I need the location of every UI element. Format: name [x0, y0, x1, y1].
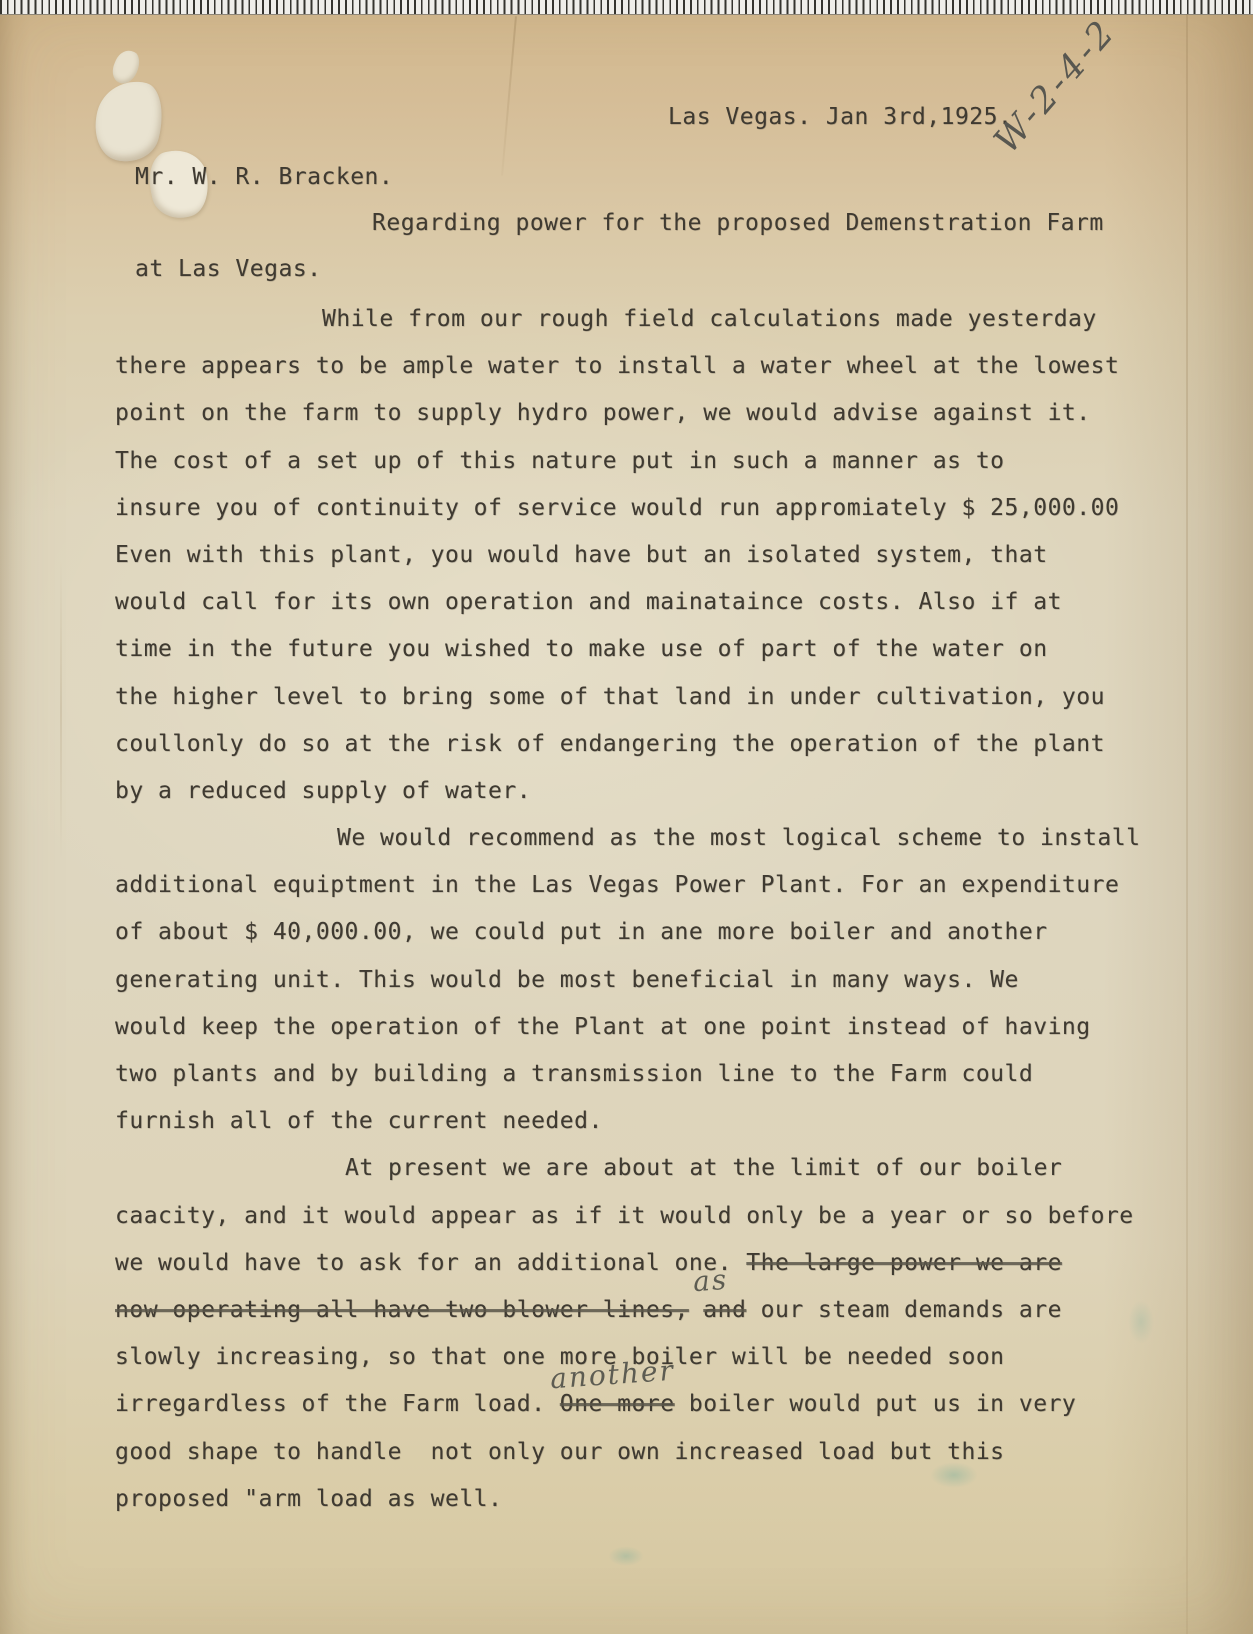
struck-out-text: The large power we are	[746, 1250, 1062, 1276]
typed-text: the higher level to bring some of that l…	[115, 684, 1105, 710]
typed-line: furnish all of the current needed.	[115, 1108, 1185, 1155]
typed-line: now operating all have two blower lines,…	[115, 1297, 1185, 1344]
struck-out-text: now operating all have two blower lines,	[115, 1297, 689, 1323]
ink-smudge	[608, 1546, 644, 1566]
typed-text: time in the future you wished to make us…	[115, 636, 1048, 662]
recipient-line: Mr. W. R. Bracken.	[135, 164, 393, 190]
typed-text: irregardless of the Farm load.	[115, 1391, 560, 1417]
typed-text: We would recommend as the most logical s…	[337, 825, 1140, 851]
typed-line: would keep the operation of the Plant at…	[115, 1014, 1185, 1061]
struck-out-text: One moreanother	[560, 1391, 675, 1417]
typed-line: caacity, and it would appear as if it wo…	[115, 1203, 1185, 1250]
typed-text: caacity, and it would appear as if it wo…	[115, 1203, 1134, 1229]
typed-line: coullonly do so at the risk of endangeri…	[115, 731, 1185, 778]
typed-line: The cost of a set up of this nature put …	[115, 448, 1185, 495]
typed-text: we would have to ask for an additional o…	[115, 1250, 746, 1276]
typed-text: two plants and by building a transmissio…	[115, 1061, 1033, 1087]
typed-line: two plants and by building a transmissio…	[115, 1061, 1185, 1108]
typed-line: proposed "arm load as well.	[115, 1486, 1185, 1533]
typed-text: our steam demands are	[746, 1297, 1062, 1323]
typed-text: At present we are about at the limit of …	[345, 1155, 1062, 1181]
typed-text: Even with this plant, you would have but…	[115, 542, 1048, 568]
struck-out-text: andas	[703, 1297, 746, 1323]
typed-line: the higher level to bring some of that l…	[115, 684, 1185, 731]
typed-line: While from our rough field calculations …	[115, 306, 1185, 353]
paper-fold-line	[1186, 14, 1188, 1634]
typed-text: insure you of continuity of service woul…	[115, 495, 1119, 521]
typed-text: point on the farm to supply hydro power,…	[115, 400, 1091, 426]
file-notation-handwritten: W-2-4-2	[987, 0, 1175, 161]
typed-line: We would recommend as the most logical s…	[115, 825, 1185, 872]
typed-line: At present we are about at the limit of …	[115, 1155, 1185, 1202]
typed-line: Even with this plant, you would have but…	[115, 542, 1185, 589]
typed-text: While from our rough field calculations …	[322, 306, 1097, 332]
handwritten-correction: as	[692, 1263, 729, 1298]
date-line: Las Vegas. Jan 3rd,1925.	[668, 104, 1012, 130]
letter-body: While from our rough field calculations …	[115, 306, 1185, 1533]
typed-line: of about $ 40,000.00, we could put in an…	[115, 919, 1185, 966]
typed-line: insure you of continuity of service woul…	[115, 495, 1185, 542]
typed-line: irregardless of the Farm load. One morea…	[115, 1391, 1185, 1438]
typed-line: there appears to be ample water to insta…	[115, 353, 1185, 400]
typed-text: The cost of a set up of this nature put …	[115, 448, 1005, 474]
typed-text: good shape to handle not only our own in…	[115, 1439, 1005, 1465]
typed-text: additional equiptment in the Las Vegas P…	[115, 872, 1119, 898]
paper-crease	[60, 560, 62, 860]
typed-line: point on the farm to supply hydro power,…	[115, 400, 1185, 447]
typed-text: furnish all of the current needed.	[115, 1108, 603, 1134]
typed-line: by a reduced supply of water.	[115, 778, 1185, 825]
typed-text	[689, 1297, 703, 1323]
typed-line: generating unit. This would be most bene…	[115, 967, 1185, 1014]
typed-text: boiler would put us in very	[675, 1391, 1077, 1417]
typed-line: good shape to handle not only our own in…	[115, 1439, 1185, 1486]
scanner-ruler-strip	[0, 0, 1253, 15]
typed-text: there appears to be ample water to insta…	[115, 353, 1119, 379]
subject-line-2: at Las Vegas.	[135, 256, 322, 282]
paper-crease	[501, 16, 517, 176]
typed-text: of about $ 40,000.00, we could put in an…	[115, 919, 1048, 945]
typed-text: would keep the operation of the Plant at…	[115, 1014, 1091, 1040]
typed-line: we would have to ask for an additional o…	[115, 1250, 1185, 1297]
typed-text: generating unit. This would be most bene…	[115, 967, 1019, 993]
scanned-letter-page: Las Vegas. Jan 3rd,1925. W-2-4-2 Mr. W. …	[0, 0, 1253, 1634]
typed-text: by a reduced supply of water.	[115, 778, 531, 804]
subject-line-1: Regarding power for the proposed Demenst…	[372, 210, 1104, 236]
typed-text: would call for its own operation and mai…	[115, 589, 1062, 615]
typed-text: proposed "arm load as well.	[115, 1486, 502, 1512]
typed-line: time in the future you wished to make us…	[115, 636, 1185, 683]
typed-line: additional equiptment in the Las Vegas P…	[115, 872, 1185, 919]
typed-text: coullonly do so at the risk of endangeri…	[115, 731, 1105, 757]
typed-line: would call for its own operation and mai…	[115, 589, 1185, 636]
